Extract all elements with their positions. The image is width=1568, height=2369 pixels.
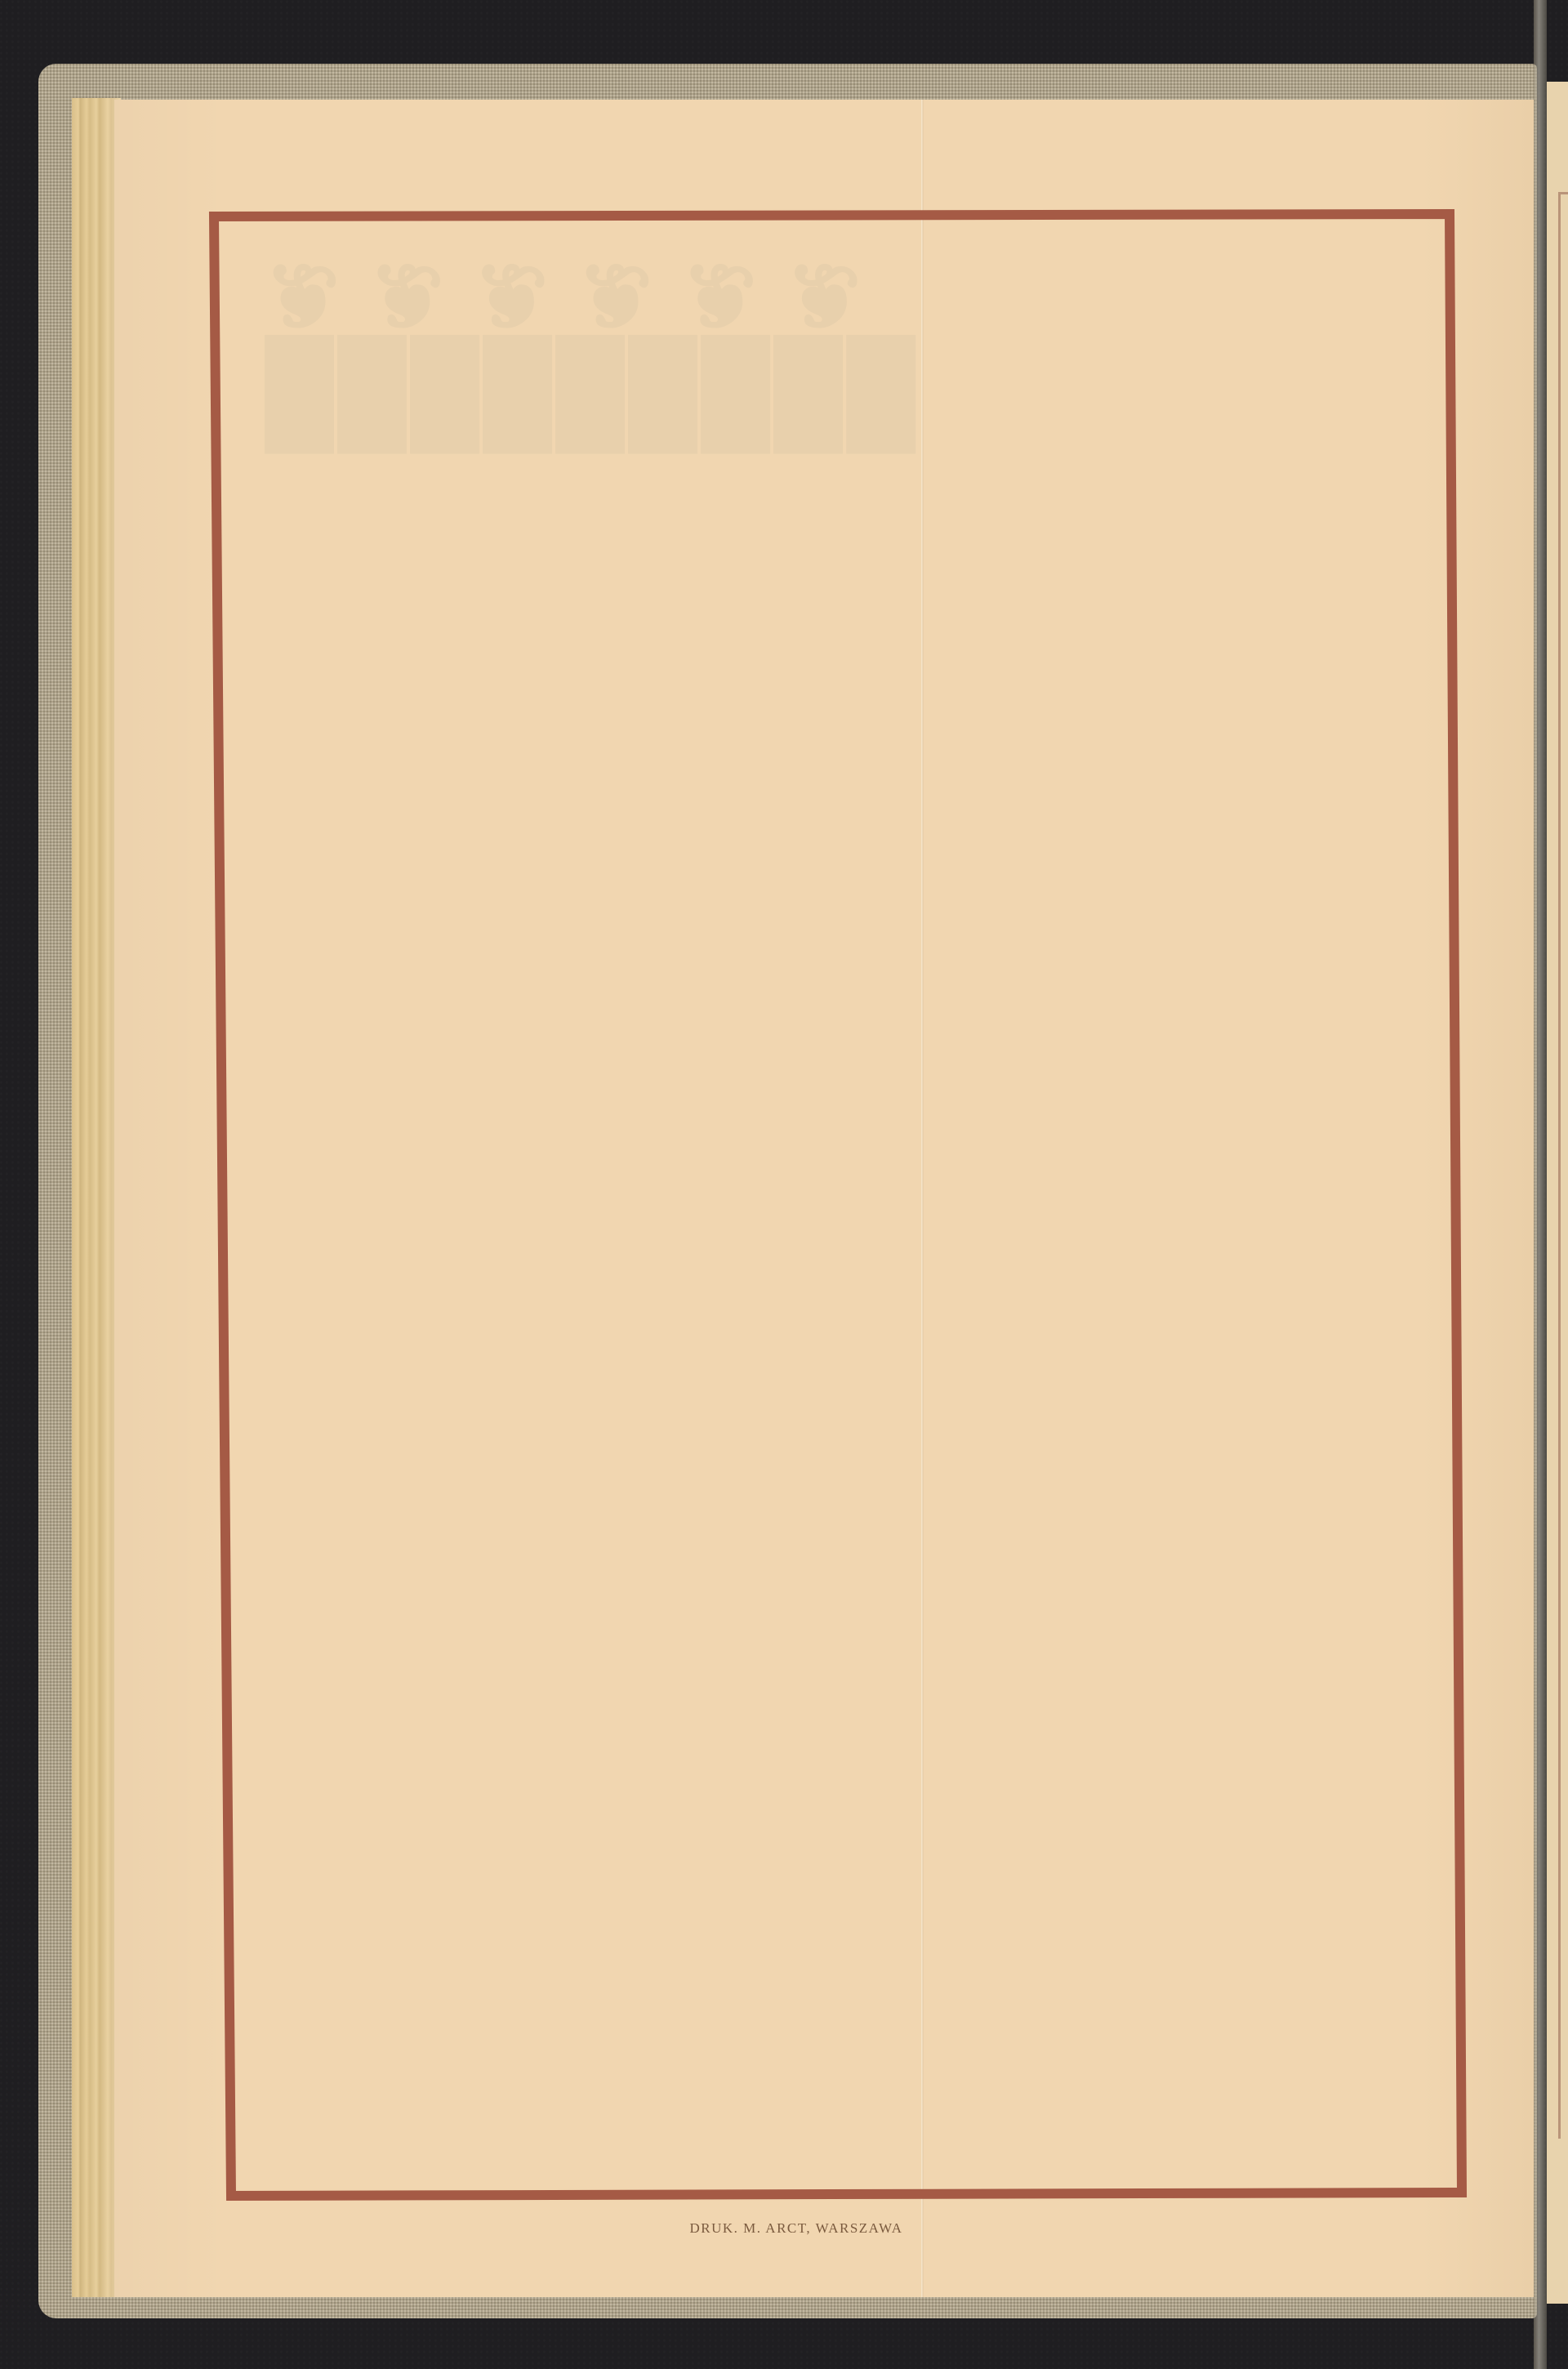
adjacent-page-frame [1558, 192, 1568, 2139]
glass-divider [1534, 0, 1547, 2369]
printer-imprint: DRUK. M. ARCT, WARSZAWA [0, 2220, 1568, 2237]
decorative-frame [0, 0, 1568, 2369]
